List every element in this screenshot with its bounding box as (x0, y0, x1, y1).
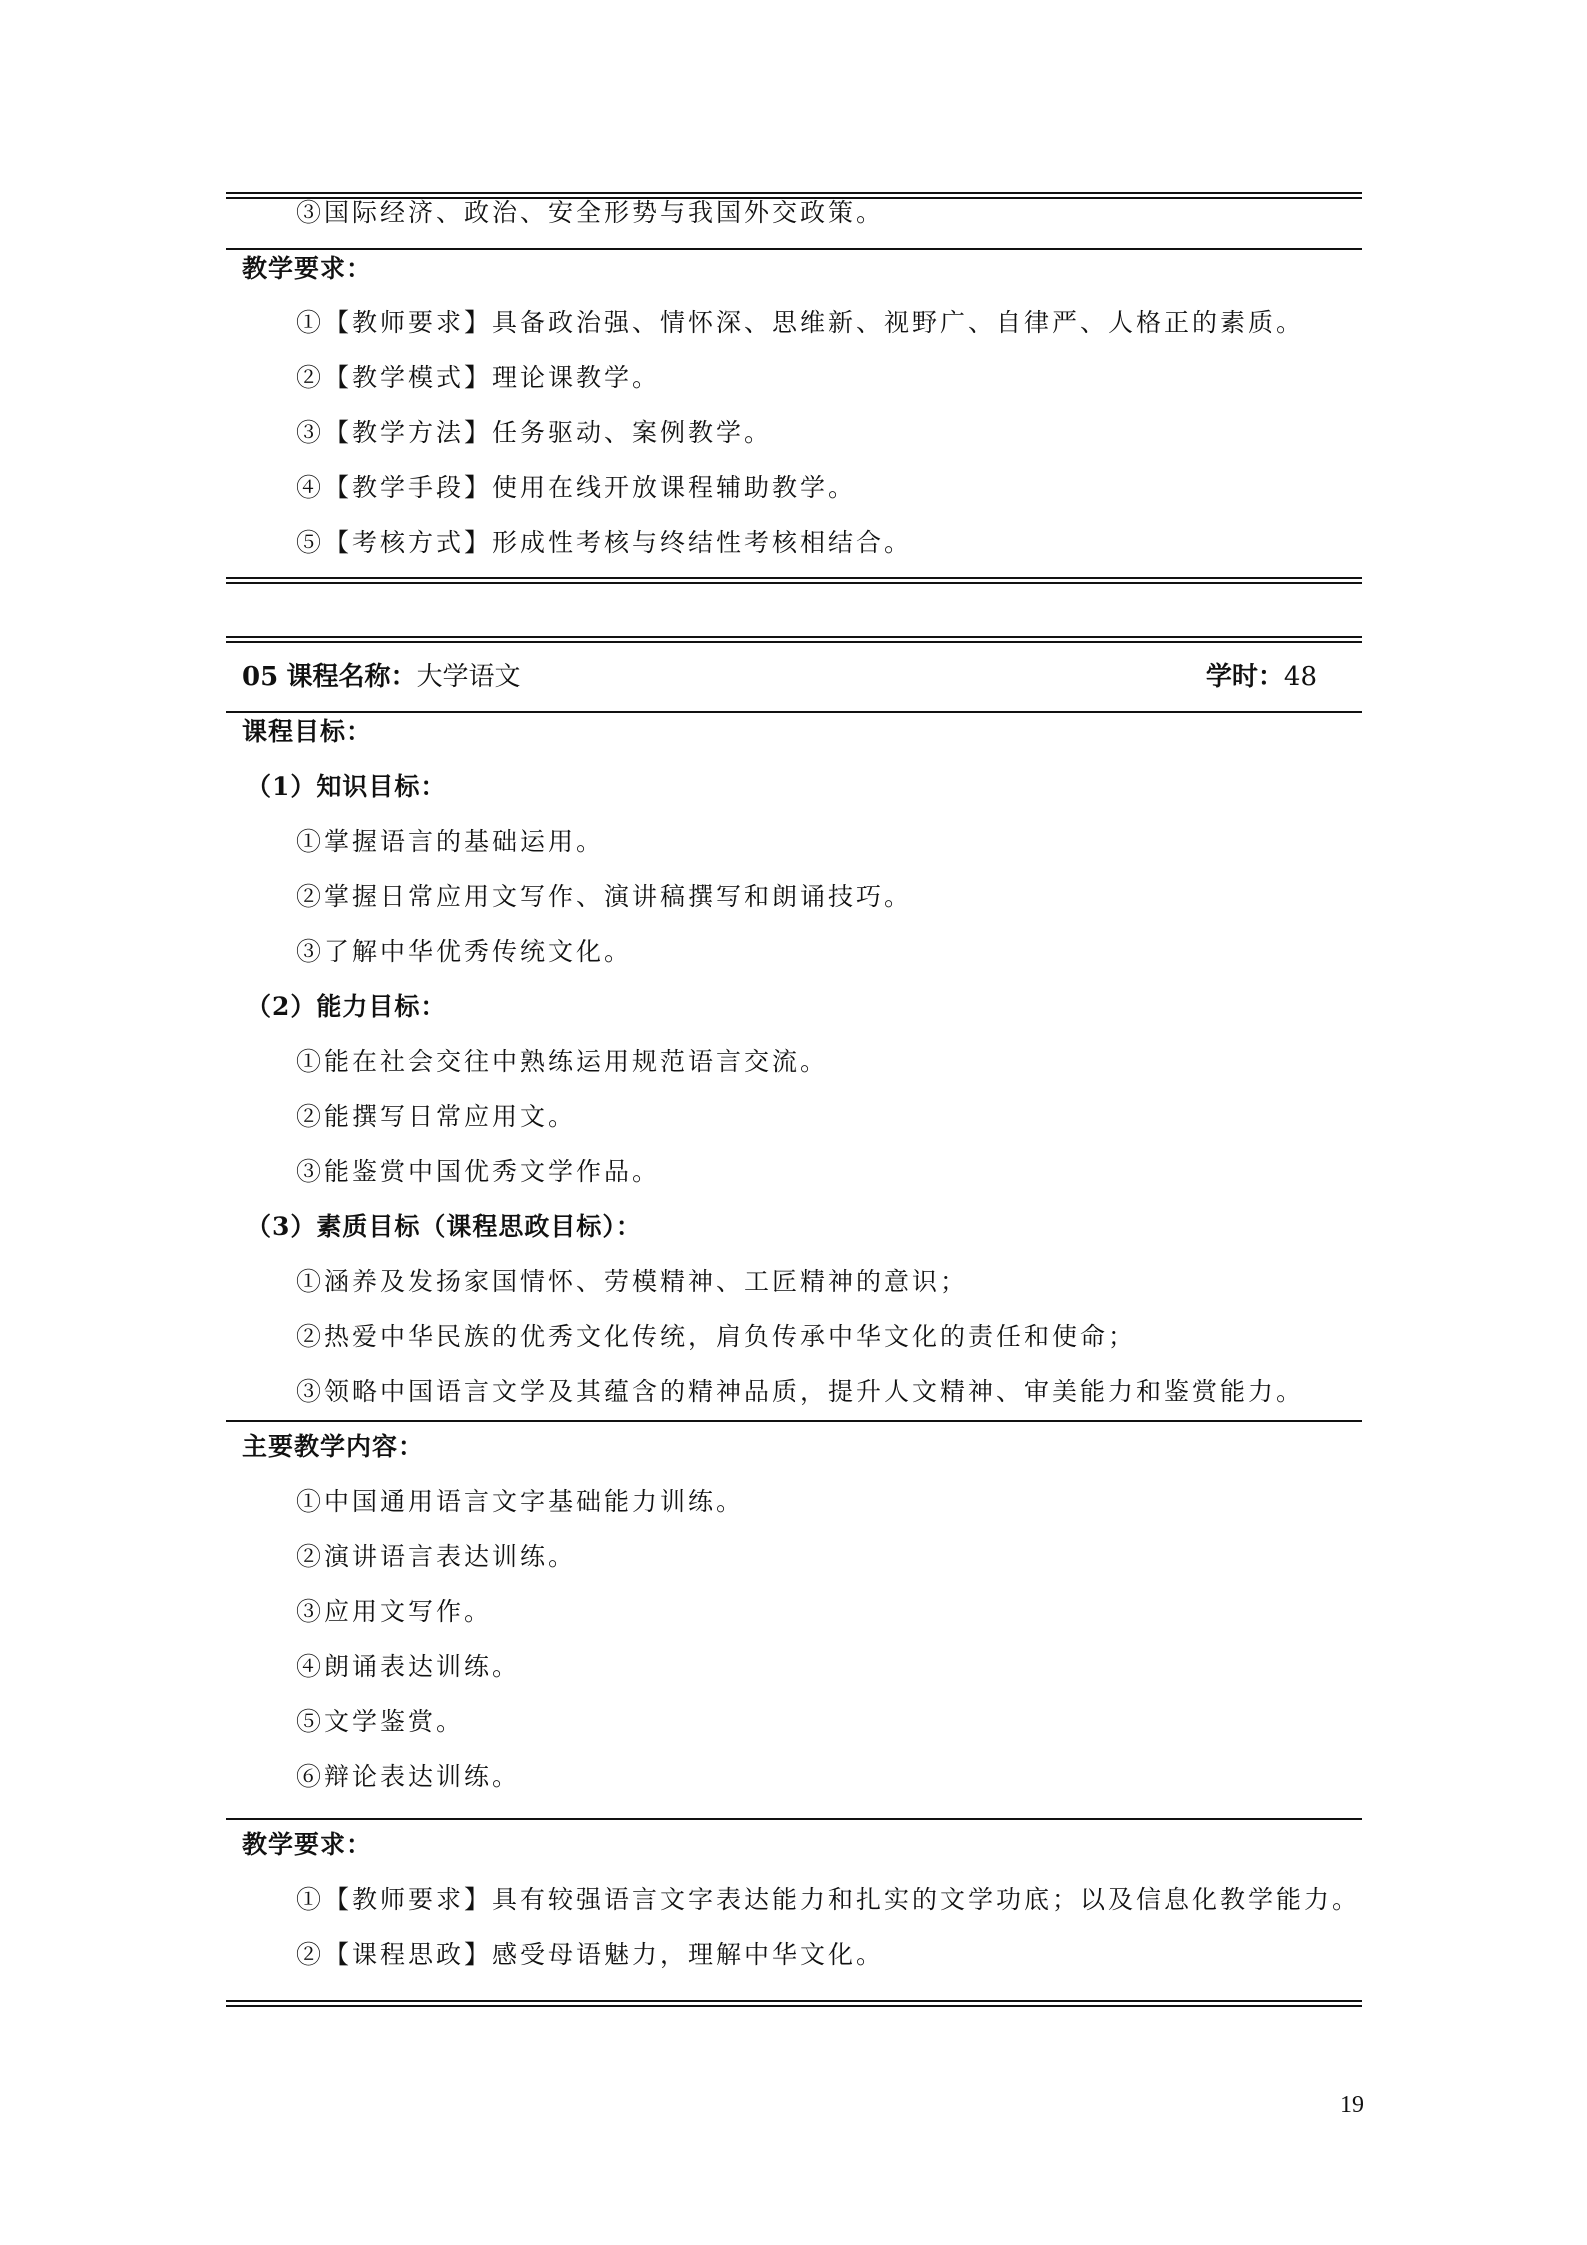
section-divider (226, 711, 1362, 713)
objective-item: ②能撰写日常应用文。 (296, 1102, 576, 1132)
requirement-item: ②【教学模式】理论课教学。 (296, 363, 660, 393)
objective-item: ③能鉴赏中国优秀文学作品。 (296, 1157, 660, 1187)
course-name: 大学语文 (416, 662, 520, 692)
objective-item: ①涵养及发扬家国情怀、劳模精神、工匠精神的意识； (296, 1267, 968, 1297)
section-heading-requirements: 教学要求： (242, 1830, 372, 1860)
objective-item: ②热爱中华民族的优秀文化传统，肩负传承中华文化的责任和使命； (296, 1322, 1136, 1352)
table-bottom-double-rule (226, 2000, 1362, 2007)
page-number: 19 (1340, 2092, 1364, 2119)
objective-item: ②掌握日常应用文写作、演讲稿撰写和朗诵技巧。 (296, 882, 912, 912)
section-divider (226, 248, 1362, 250)
requirement-item: ④【教学手段】使用在线开放课程辅助教学。 (296, 473, 856, 503)
subheading-ability: （2）能力目标： (246, 992, 446, 1022)
requirement-item: ②【课程思政】感受母语魅力，理解中华文化。 (296, 1940, 884, 1970)
content-item: ⑤文学鉴赏。 (296, 1707, 464, 1737)
objective-item: ③领略中国语言文学及其蕴含的精神品质，提升人文精神、审美能力和鉴赏能力。 (296, 1377, 1304, 1407)
content-item: ③国际经济、政治、安全形势与我国外交政策。 (296, 198, 884, 228)
content-item: ⑥辩论表达训练。 (296, 1762, 520, 1792)
table-top-double-rule (226, 636, 1362, 643)
section-divider (226, 1818, 1362, 1820)
objective-item: ③了解中华优秀传统文化。 (296, 937, 632, 967)
requirement-item: ①【教师要求】具备政治强、情怀深、思维新、视野广、自律严、人格正的素质。 (296, 308, 1304, 338)
content-item: ①中国通用语言文字基础能力训练。 (296, 1487, 744, 1517)
course-number: 05 (242, 662, 278, 692)
subheading-quality: （3）素质目标（课程思政目标）： (246, 1212, 642, 1242)
section-heading-content: 主要教学内容： (242, 1432, 424, 1462)
course-name-label: 课程名称： (286, 662, 416, 692)
requirement-item: ③【教学方法】任务驱动、案例教学。 (296, 418, 772, 448)
course-hours: 学时：48 (1206, 660, 1317, 694)
objective-item: ①能在社会交往中熟练运用规范语言交流。 (296, 1047, 828, 1077)
course-header: 05 课程名称：大学语文 学时：48 (242, 660, 1317, 694)
objective-item: ①掌握语言的基础运用。 (296, 827, 604, 857)
content-item: ③应用文写作。 (296, 1597, 492, 1627)
requirement-item: ①【教师要求】具有较强语言文字表达能力和扎实的文学功底；以及信息化教学能力。 (296, 1885, 1360, 1915)
course-hours-label: 学时： (1206, 662, 1284, 692)
requirement-item: ⑤【考核方式】形成性考核与终结性考核相结合。 (296, 528, 912, 558)
content-item: ④朗诵表达训练。 (296, 1652, 520, 1682)
content-item: ②演讲语言表达训练。 (296, 1542, 576, 1572)
section-divider (226, 1420, 1362, 1422)
section-heading-requirements: 教学要求： (242, 254, 372, 284)
table-bottom-double-rule (226, 577, 1362, 584)
course-title: 05 课程名称：大学语文 (242, 660, 520, 694)
course-hours-value: 48 (1284, 662, 1317, 692)
section-heading-objectives: 课程目标： (242, 717, 372, 747)
subheading-knowledge: （1）知识目标： (246, 772, 446, 802)
